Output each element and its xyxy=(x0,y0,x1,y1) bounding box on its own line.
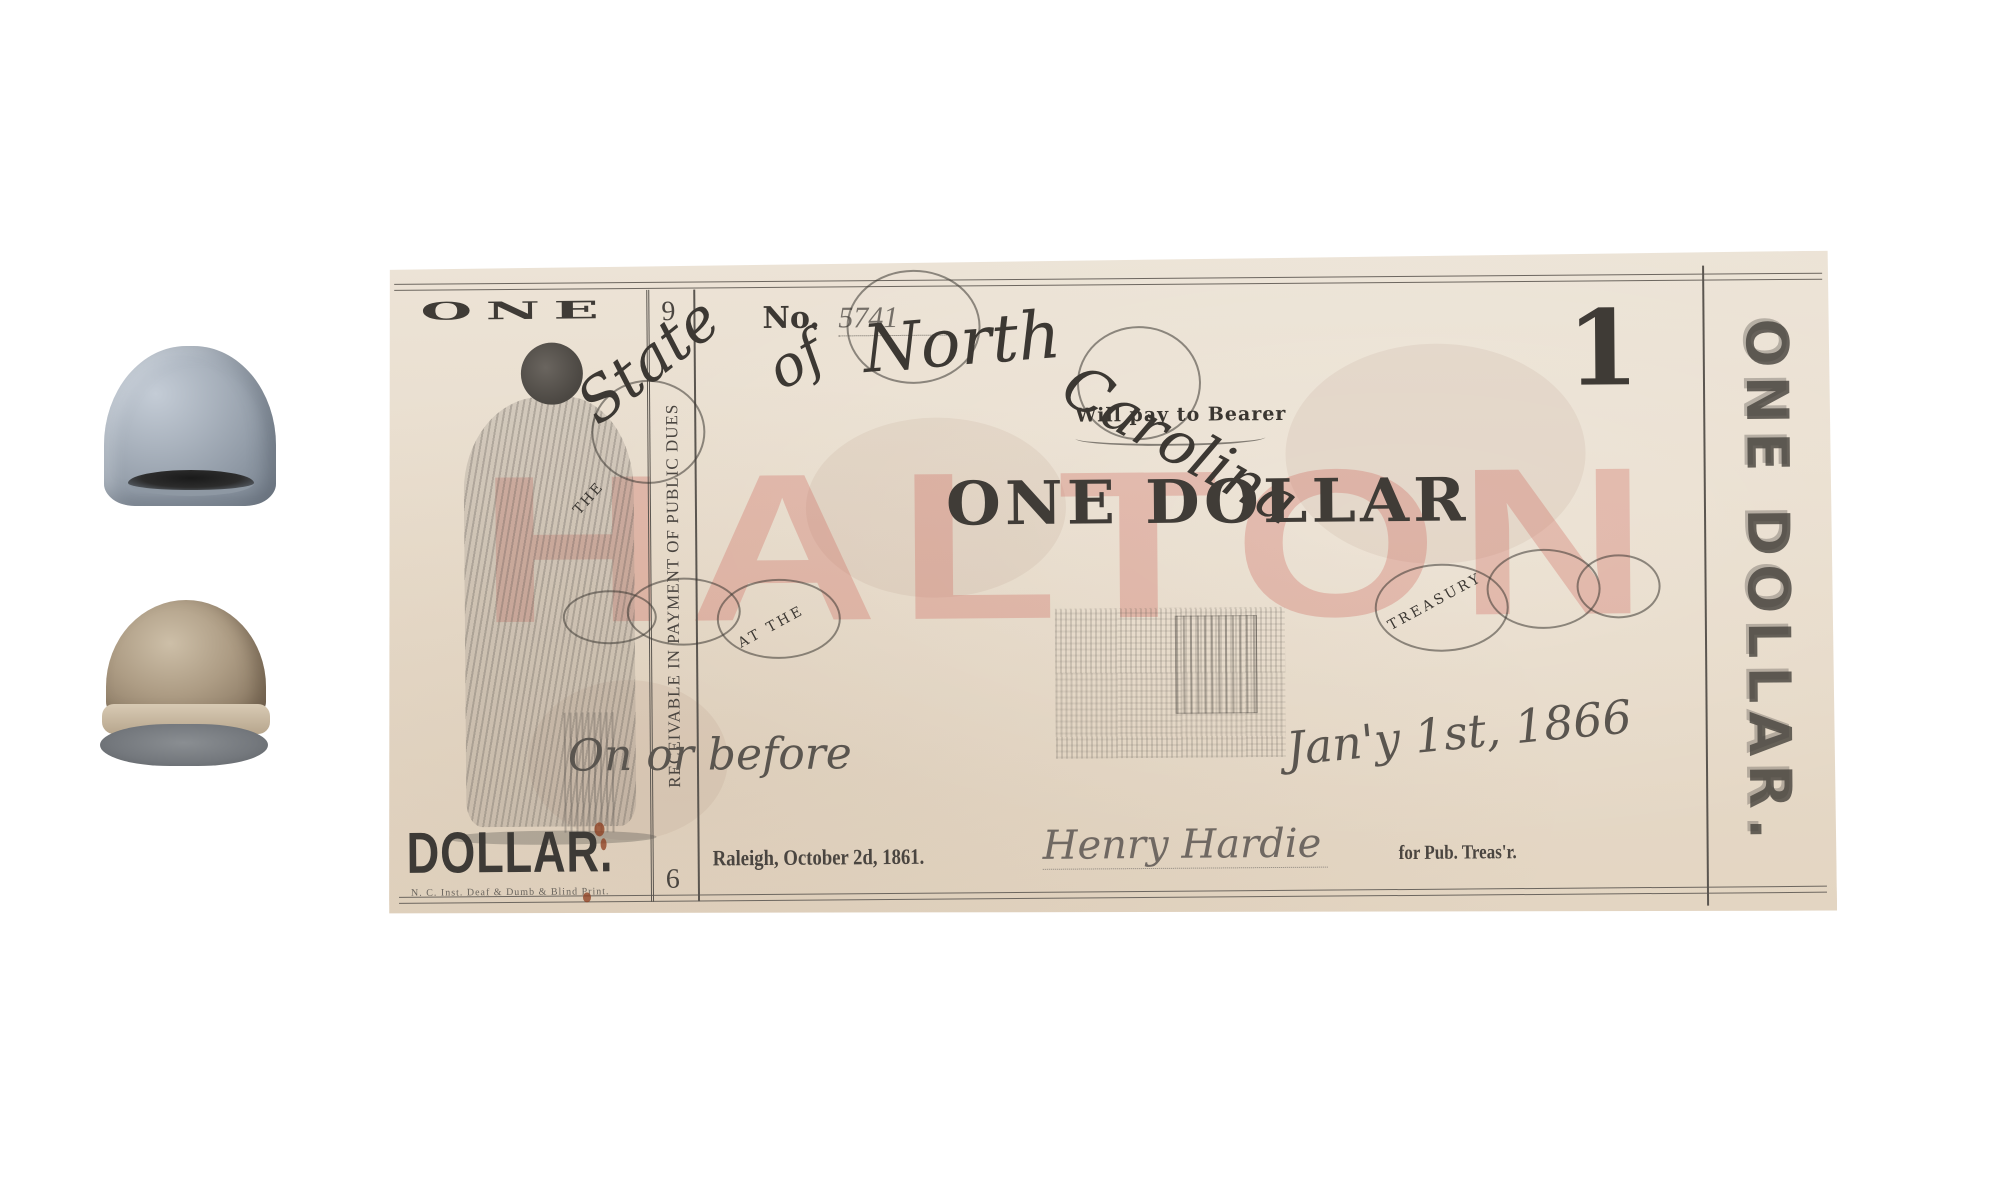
on-or-before: On or before xyxy=(568,728,852,781)
bullet-flat-base xyxy=(100,724,268,766)
rust-spot xyxy=(583,892,591,902)
denomination-text: ONE DOLLAR xyxy=(946,465,1470,539)
band-number-bottom: 6 xyxy=(666,864,680,896)
signature-title: for Pub. Treas'r. xyxy=(1399,841,1517,865)
title-north: North xyxy=(860,296,1063,388)
grey-lead-bullet xyxy=(104,346,276,506)
treasury-chest-vignette xyxy=(1055,607,1286,759)
place-and-date: Raleigh, October 2d, 1861. xyxy=(713,844,925,872)
corner-numeral: 1 xyxy=(1566,286,1639,410)
tan-encrusted-bullet xyxy=(100,600,272,768)
printer-imprint: N. C. Inst. Deaf & Dumb & Blind Print. xyxy=(411,886,610,899)
bullet-base-cavity xyxy=(128,470,254,496)
chest-icon xyxy=(1175,615,1258,714)
flourish-right-2 xyxy=(1576,554,1661,619)
right-border-band: ONE DOLLAR. xyxy=(1702,265,1819,906)
banknote: HALTON ONE DOLLAR. N. C. Inst. Deaf & Du… xyxy=(384,251,1837,922)
will-pay-to-bearer: Will pay to Bearer xyxy=(1075,403,1286,427)
rust-spot xyxy=(594,822,604,836)
left-one-label: ONE xyxy=(420,296,612,326)
treasurer-signature: Henry Hardie xyxy=(1042,821,1327,870)
right-vertical-text: ONE DOLLAR. xyxy=(1732,318,1804,848)
due-date: Jan'y 1st, 1866 xyxy=(1284,689,1634,776)
left-dollar-label: DOLLAR. xyxy=(406,818,613,887)
rust-spot xyxy=(601,838,607,850)
